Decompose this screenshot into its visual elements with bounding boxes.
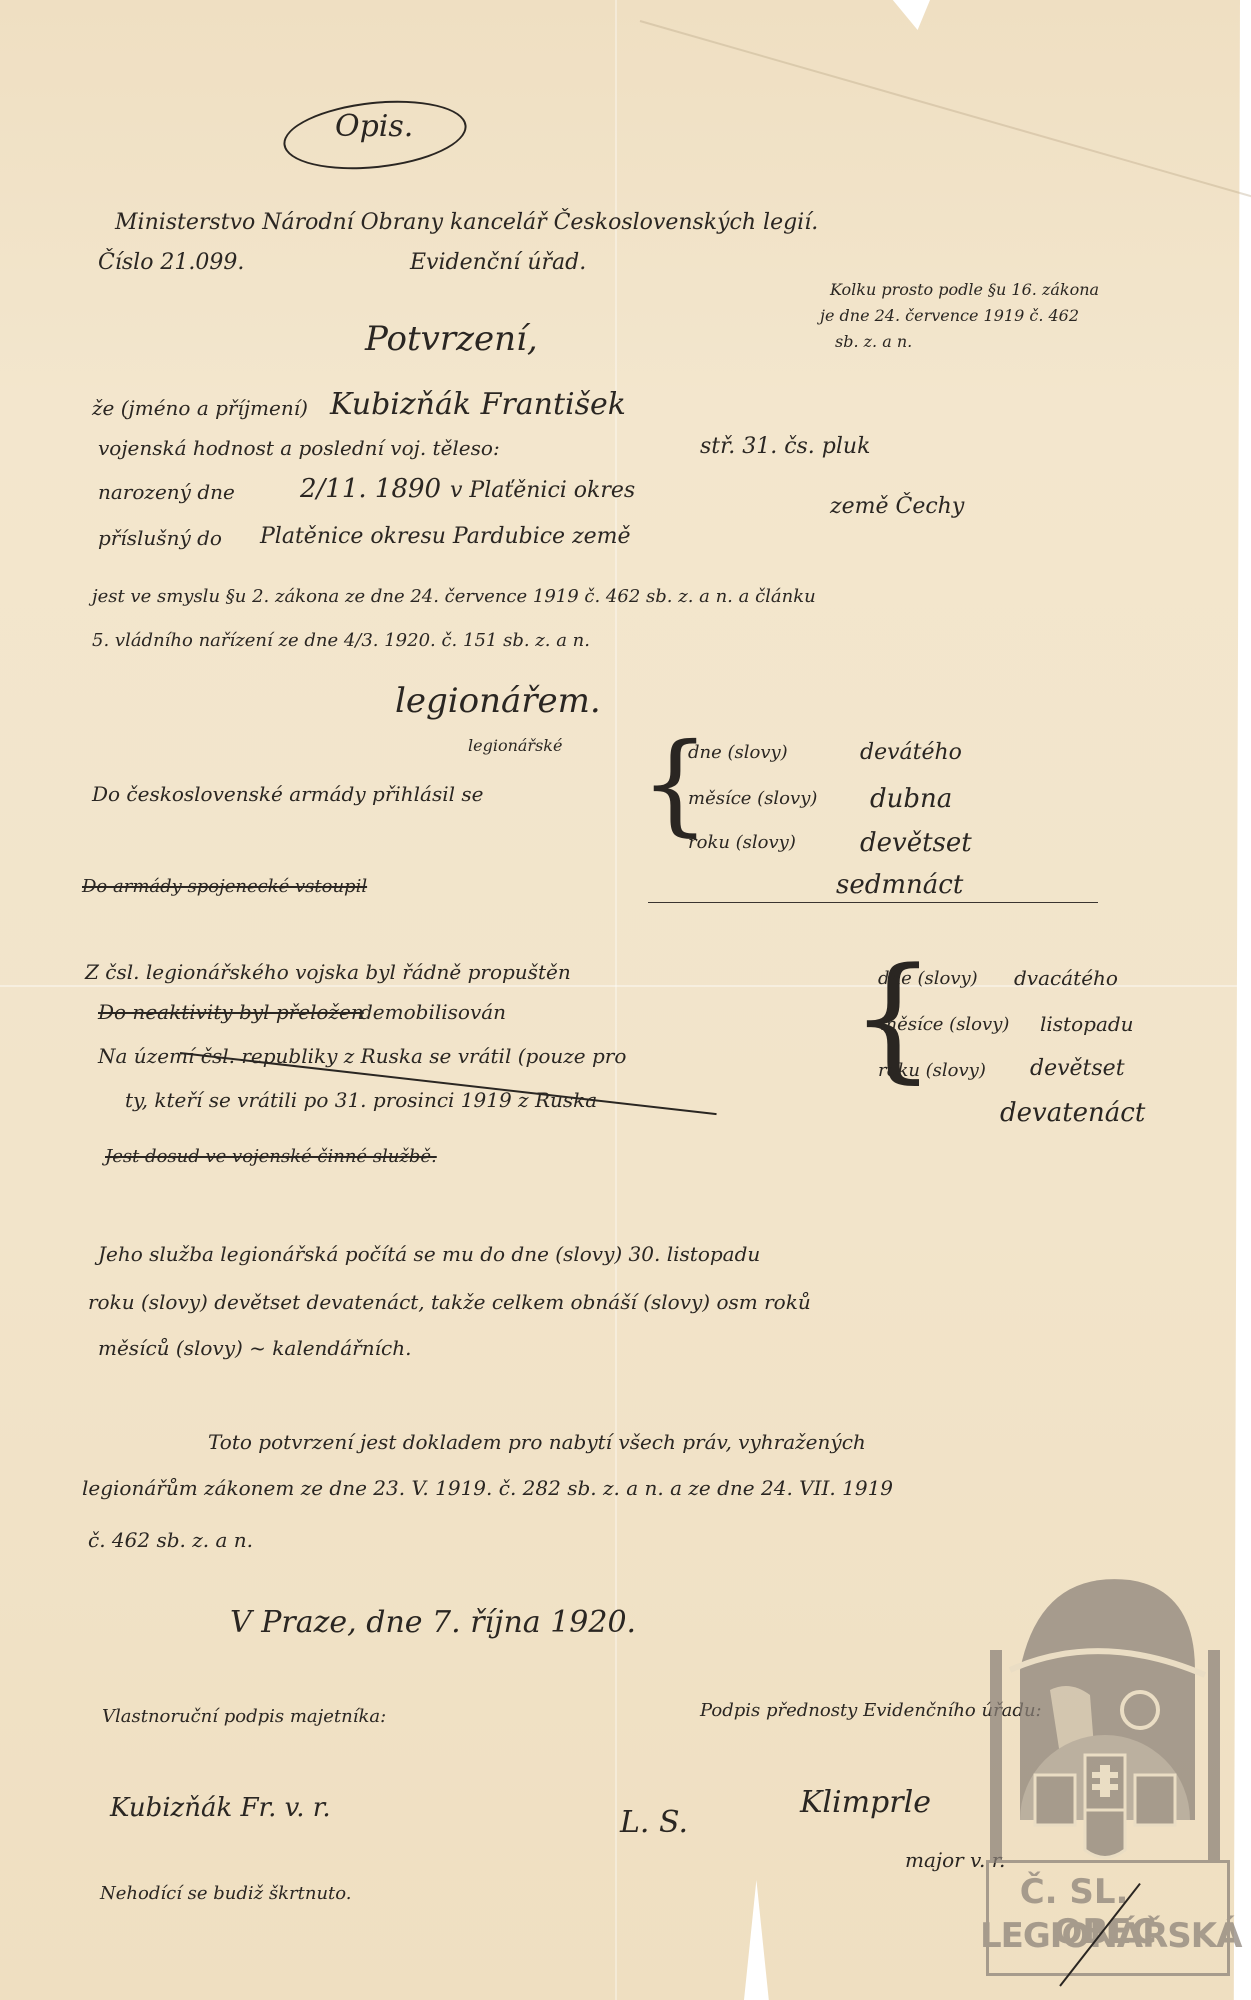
discharge-year-continuation: devatenáct — [1000, 1100, 1145, 1126]
discharge-month-label: měsíce (slovy) — [880, 1016, 1009, 1034]
soldier-emblem-icon — [980, 1560, 1230, 1860]
law-text-line-1: jest ve smyslu §u 2. zákona ze dne 24. č… — [92, 588, 816, 606]
born-place: v Plaťěnici okres — [450, 480, 635, 502]
domicile-value: Platěnice okresu Pardubice země — [260, 526, 631, 548]
discharge-month-value: listopadu — [1040, 1014, 1134, 1034]
service-line-1: Jeho služba legionářská počítá se mu do … — [98, 1244, 760, 1264]
enlisted-year-value: devětset — [860, 830, 972, 856]
rights-line-1: Toto potvrzení jest dokladem pro nabytí … — [208, 1432, 866, 1452]
office-name: Evidenční úřad. — [410, 252, 586, 274]
discharge-line-1: Z čsl. legionářského vojska byl řádně pr… — [85, 962, 571, 982]
fold-crease-vertical — [615, 0, 617, 2000]
stamp-note-line-2: je dne 24. července 1919 č. 462 — [820, 308, 1079, 324]
name-label: že (jméno a příjmení) — [92, 398, 308, 418]
header-mark: Opis. — [335, 112, 413, 142]
domicile-label: příslušný do — [98, 528, 222, 548]
discharge-line-2-struck: Do neaktivity byl přeložen — [98, 1002, 364, 1022]
born-label: narozený dne — [98, 482, 235, 502]
logo-text-line-2: LEGIONÁŘSKÁ — [980, 1916, 1230, 1956]
head-signature: Klimprle — [800, 1788, 931, 1818]
document-title: Potvrzení, — [365, 322, 538, 356]
enlisted-month-label: měsíce (slovy) — [688, 790, 817, 808]
enlisted-year-label: roku (slovy) — [688, 834, 796, 852]
official-seal: L. S. — [620, 1808, 688, 1838]
stamp-note-line-1: Kolku prosto podle §u 16. zákona — [830, 282, 1099, 298]
born-date: 2/11. 1890 — [300, 476, 441, 502]
stamp-note-line-3: sb. z. a n. — [835, 334, 912, 350]
enlisted-label: Do československé armády přihlásil se — [92, 784, 484, 804]
enlisted-day-value: devátého — [860, 742, 962, 764]
rank-label: vojenská hodnost a poslední voj. těleso: — [98, 438, 500, 458]
rights-line-2: legionářům zákonem ze dne 23. V. 1919. č… — [82, 1478, 893, 1498]
service-line-2: roku (slovy) devětset devatenáct, takže … — [88, 1292, 811, 1312]
service-line-3: měsíců (slovy) ~ kalendářních. — [98, 1338, 411, 1358]
name-value: Kubizňák František — [330, 390, 626, 420]
owner-signature-label: Vlastnoruční podpis majetníka: — [102, 1708, 386, 1726]
discharge-line-5-struck: Jest dosud ve vojenské činné službě. — [105, 1148, 437, 1166]
owner-signature: Kubizňák Fr. v. r. — [110, 1795, 331, 1821]
struck-allied-army-line: Do armády spojenecké vstoupil — [82, 878, 367, 896]
discharge-day-label: dne (slovy) — [878, 970, 978, 988]
rank-value: stř. 31. čs. pluk — [700, 436, 870, 458]
enlisted-insertion: legionářské — [468, 738, 562, 754]
document-number: Číslo 21.099. — [98, 252, 244, 274]
born-land: země Čechy — [830, 496, 964, 518]
enlisted-month-value: dubna — [870, 786, 952, 812]
law-text-line-2: 5. vládního nařízení ze dne 4/3. 1920. č… — [92, 632, 590, 650]
enlisted-year-continuation: sedmnáct — [836, 872, 963, 898]
discharge-year-label: roku (slovy) — [878, 1062, 986, 1080]
ministry-line: Ministerstvo Národní Obrany kancelář Čes… — [115, 212, 818, 234]
place-date: V Praze, dne 7. října 1920. — [230, 1608, 636, 1638]
enlisted-day-label: dne (slovy) — [688, 744, 788, 762]
rights-line-3: č. 462 sb. z. a n. — [88, 1530, 253, 1550]
discharge-day-value: dvacátého — [1014, 968, 1118, 988]
enlisted-underline — [648, 902, 1098, 903]
legionnaire-heading: legionářem. — [395, 684, 601, 718]
logo-text-csl: Č. SL. — [1020, 1872, 1129, 1912]
footnote: Nehodící se budiž škrtnuto. — [100, 1885, 352, 1903]
discharge-line-2-tail: demobilisován — [360, 1002, 506, 1022]
discharge-year-value: devětset — [1030, 1058, 1125, 1080]
legionary-association-logo: Č. SL. OBEC LEGIONÁŘSKÁ — [980, 1560, 1230, 1980]
discharge-line-3: Na území čsl. republiky z Ruska se vráti… — [98, 1046, 626, 1066]
